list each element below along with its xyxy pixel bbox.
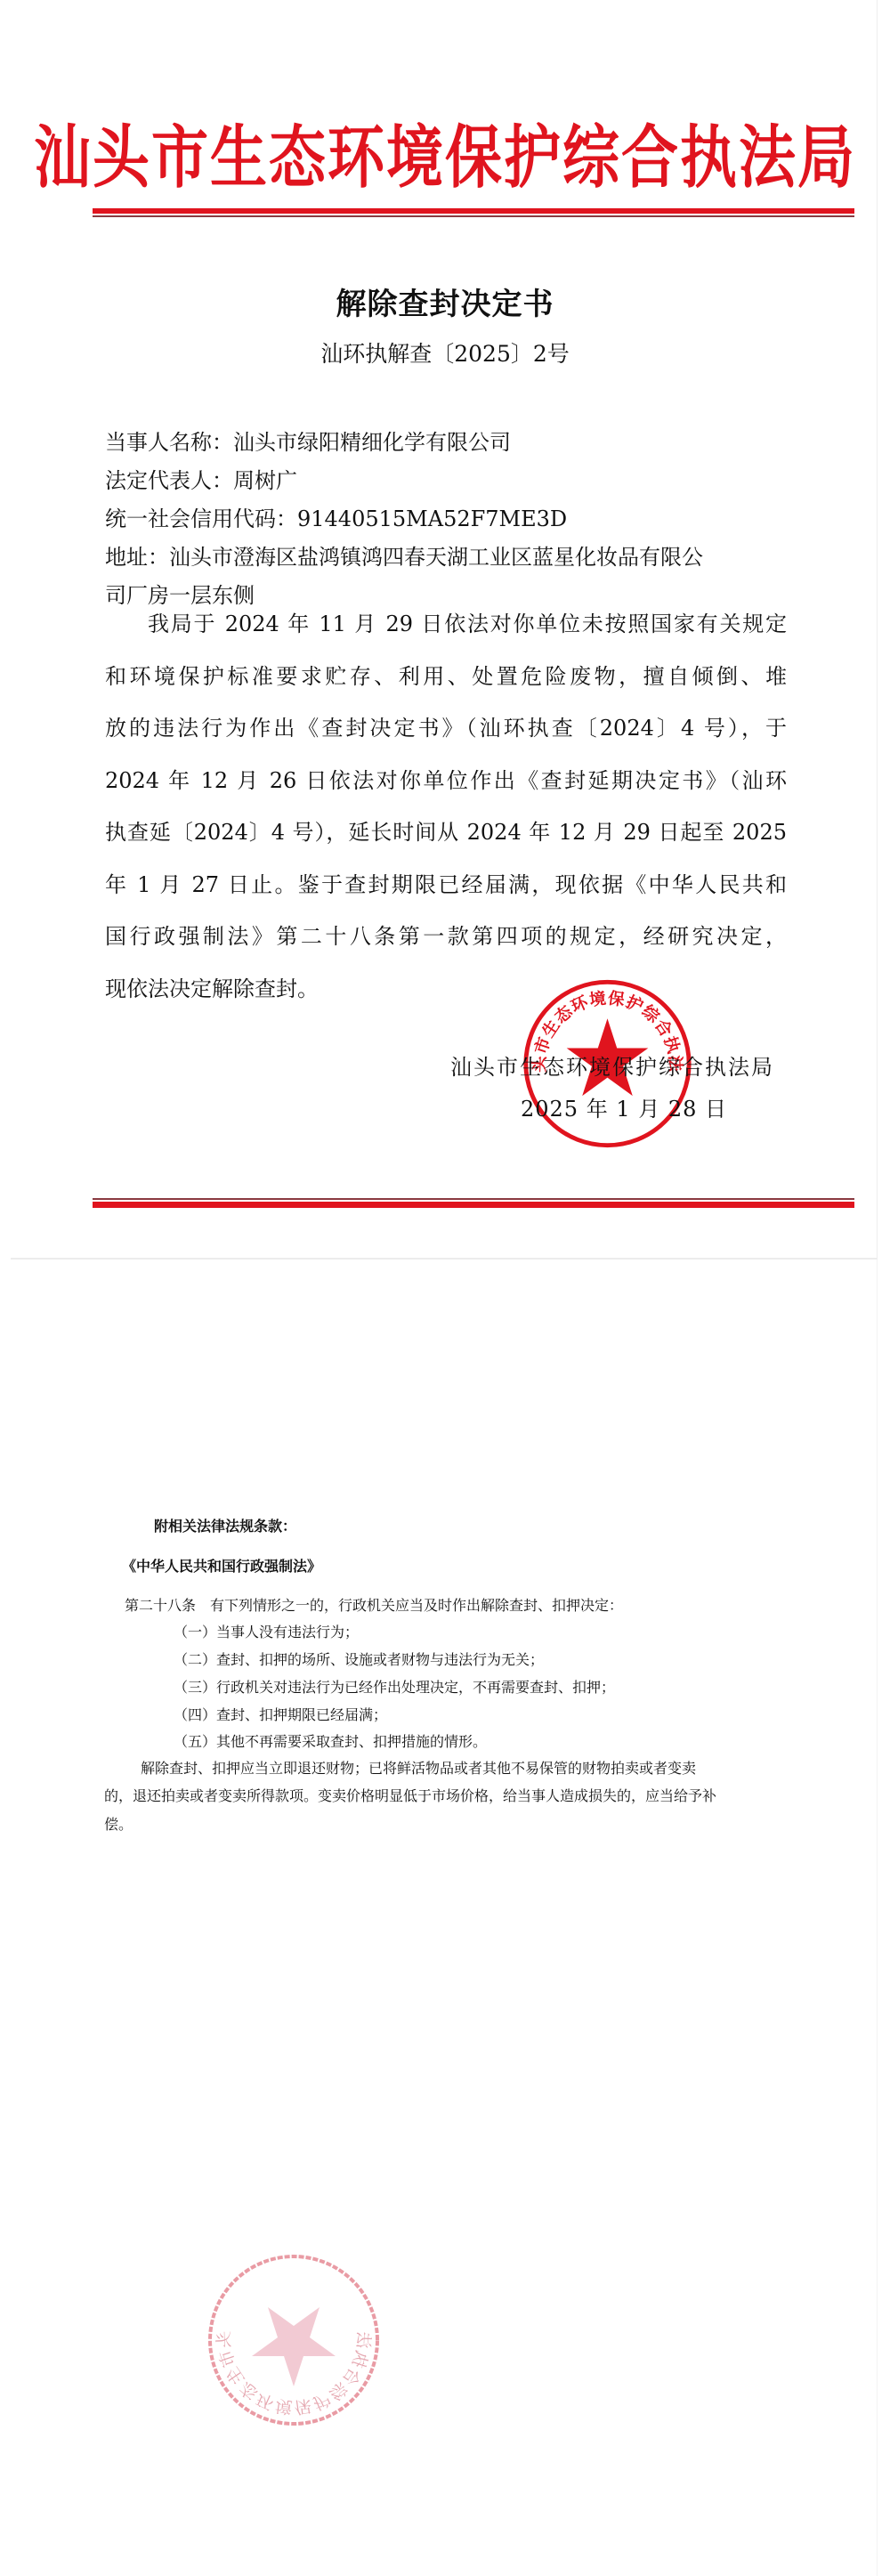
article-paragraph: 偿。	[104, 1818, 133, 1832]
field-label: 统一社会信用代码：	[105, 506, 297, 531]
party-name-row: 当事人名称：汕头市绿阳精细化学有限公司	[105, 424, 787, 462]
decision-body: 我局于 2024 年 11 月 29 日依法对你单位未按照国家有关规定 和环境保…	[105, 598, 787, 1015]
party-info: 当事人名称：汕头市绿阳精细化学有限公司 法定代表人：周树广 统一社会信用代码：9…	[105, 424, 787, 615]
body-line: 和环境保护标准要求贮存、利用、处置危险废物，擅自倾倒、堆	[105, 651, 787, 703]
body-line: 2024 年 12 月 26 日依法对你单位作出《查封延期决定书》（汕环	[105, 755, 787, 807]
document-number: 汕环执解查〔2025〕2号	[0, 343, 890, 365]
article-28: 第二十八条 有下列情形之一的，行政机关应当及时作出解除查封、扣押决定：	[125, 1599, 623, 1613]
document-title: 解除查封决定书	[0, 289, 890, 320]
issuer-signature: 汕头市生态环境保护综合执法局	[450, 1057, 774, 1078]
credit-code-row: 统一社会信用代码：91440515MA52F7ME3D	[105, 500, 787, 539]
body-line: 国行政强制法》第二十八条第一款第四项的规定，经研究决定，	[105, 911, 787, 963]
article-item: （一）当事人没有违法行为；	[174, 1625, 359, 1640]
field-label: 法定代表人：	[105, 468, 233, 493]
address-row: 地址：汕头市澄海区盐鸿镇鸿四春天湖工业区蓝星化妆品有限公	[105, 539, 787, 577]
article-item: （四）查封、扣押期限已经届满；	[174, 1708, 387, 1722]
article-item: （三）行政机关对违法行为已经作出处理决定，不再需要查封、扣押；	[174, 1681, 615, 1695]
article-paragraph: 的，退还拍卖或者变卖所得款项。变卖价格明显低于市场价格，给当事人造成损失的，应当…	[104, 1789, 716, 1803]
body-line: 年 1 月 27 日止。鉴于查封期限已经届满，现依据《中华人民共和	[105, 859, 787, 911]
body-line: 我局于 2024 年 11 月 29 日依法对你单位未按照国家有关规定	[105, 598, 787, 651]
issue-date: 2025 年 1 月 28 日	[521, 1098, 727, 1120]
address: 汕头市澄海区盐鸿镇鸿四春天湖工业区蓝星化妆品有限公	[169, 545, 703, 570]
body-line: 放的违法行为作出《查封决定书》（汕环执查〔2024〕4 号），于	[105, 702, 787, 755]
body-line: 现依法决定解除查封。	[105, 963, 787, 1016]
credit-code: 91440515MA52F7ME3D	[297, 506, 567, 531]
article-paragraph: 解除查封、扣押应当立即退还财物；已将鲜活物品或者其他不易保管的财物拍卖或者变卖	[141, 1762, 696, 1776]
law-title: 《中华人民共和国行政强制法》	[122, 1559, 321, 1574]
field-label: 当事人名称：	[105, 430, 233, 455]
letterhead-title: 汕头市生态环境保护综合执法局	[0, 125, 890, 193]
article-item: （五）其他不再需要采取查封、扣押措施的情形。	[174, 1735, 487, 1749]
article-item: （二）查封、扣押的场所、设施或者财物与违法行为无关；	[174, 1653, 544, 1667]
legal-representative: 周树广	[233, 468, 297, 493]
field-label: 地址：	[105, 545, 169, 570]
body-line: 执查延〔2024〕4 号），延长时间从 2024 年 12 月 29 日起至 2…	[105, 806, 787, 859]
legal-representative-row: 法定代表人：周树广	[105, 462, 787, 500]
footer-rule	[93, 1198, 854, 1208]
annex-heading: 附相关法律法规条款：	[154, 1519, 296, 1534]
party-name: 汕头市绿阳精细化学有限公司	[233, 430, 511, 455]
letterhead-rule	[93, 208, 854, 217]
document-page-2	[11, 1260, 878, 2576]
